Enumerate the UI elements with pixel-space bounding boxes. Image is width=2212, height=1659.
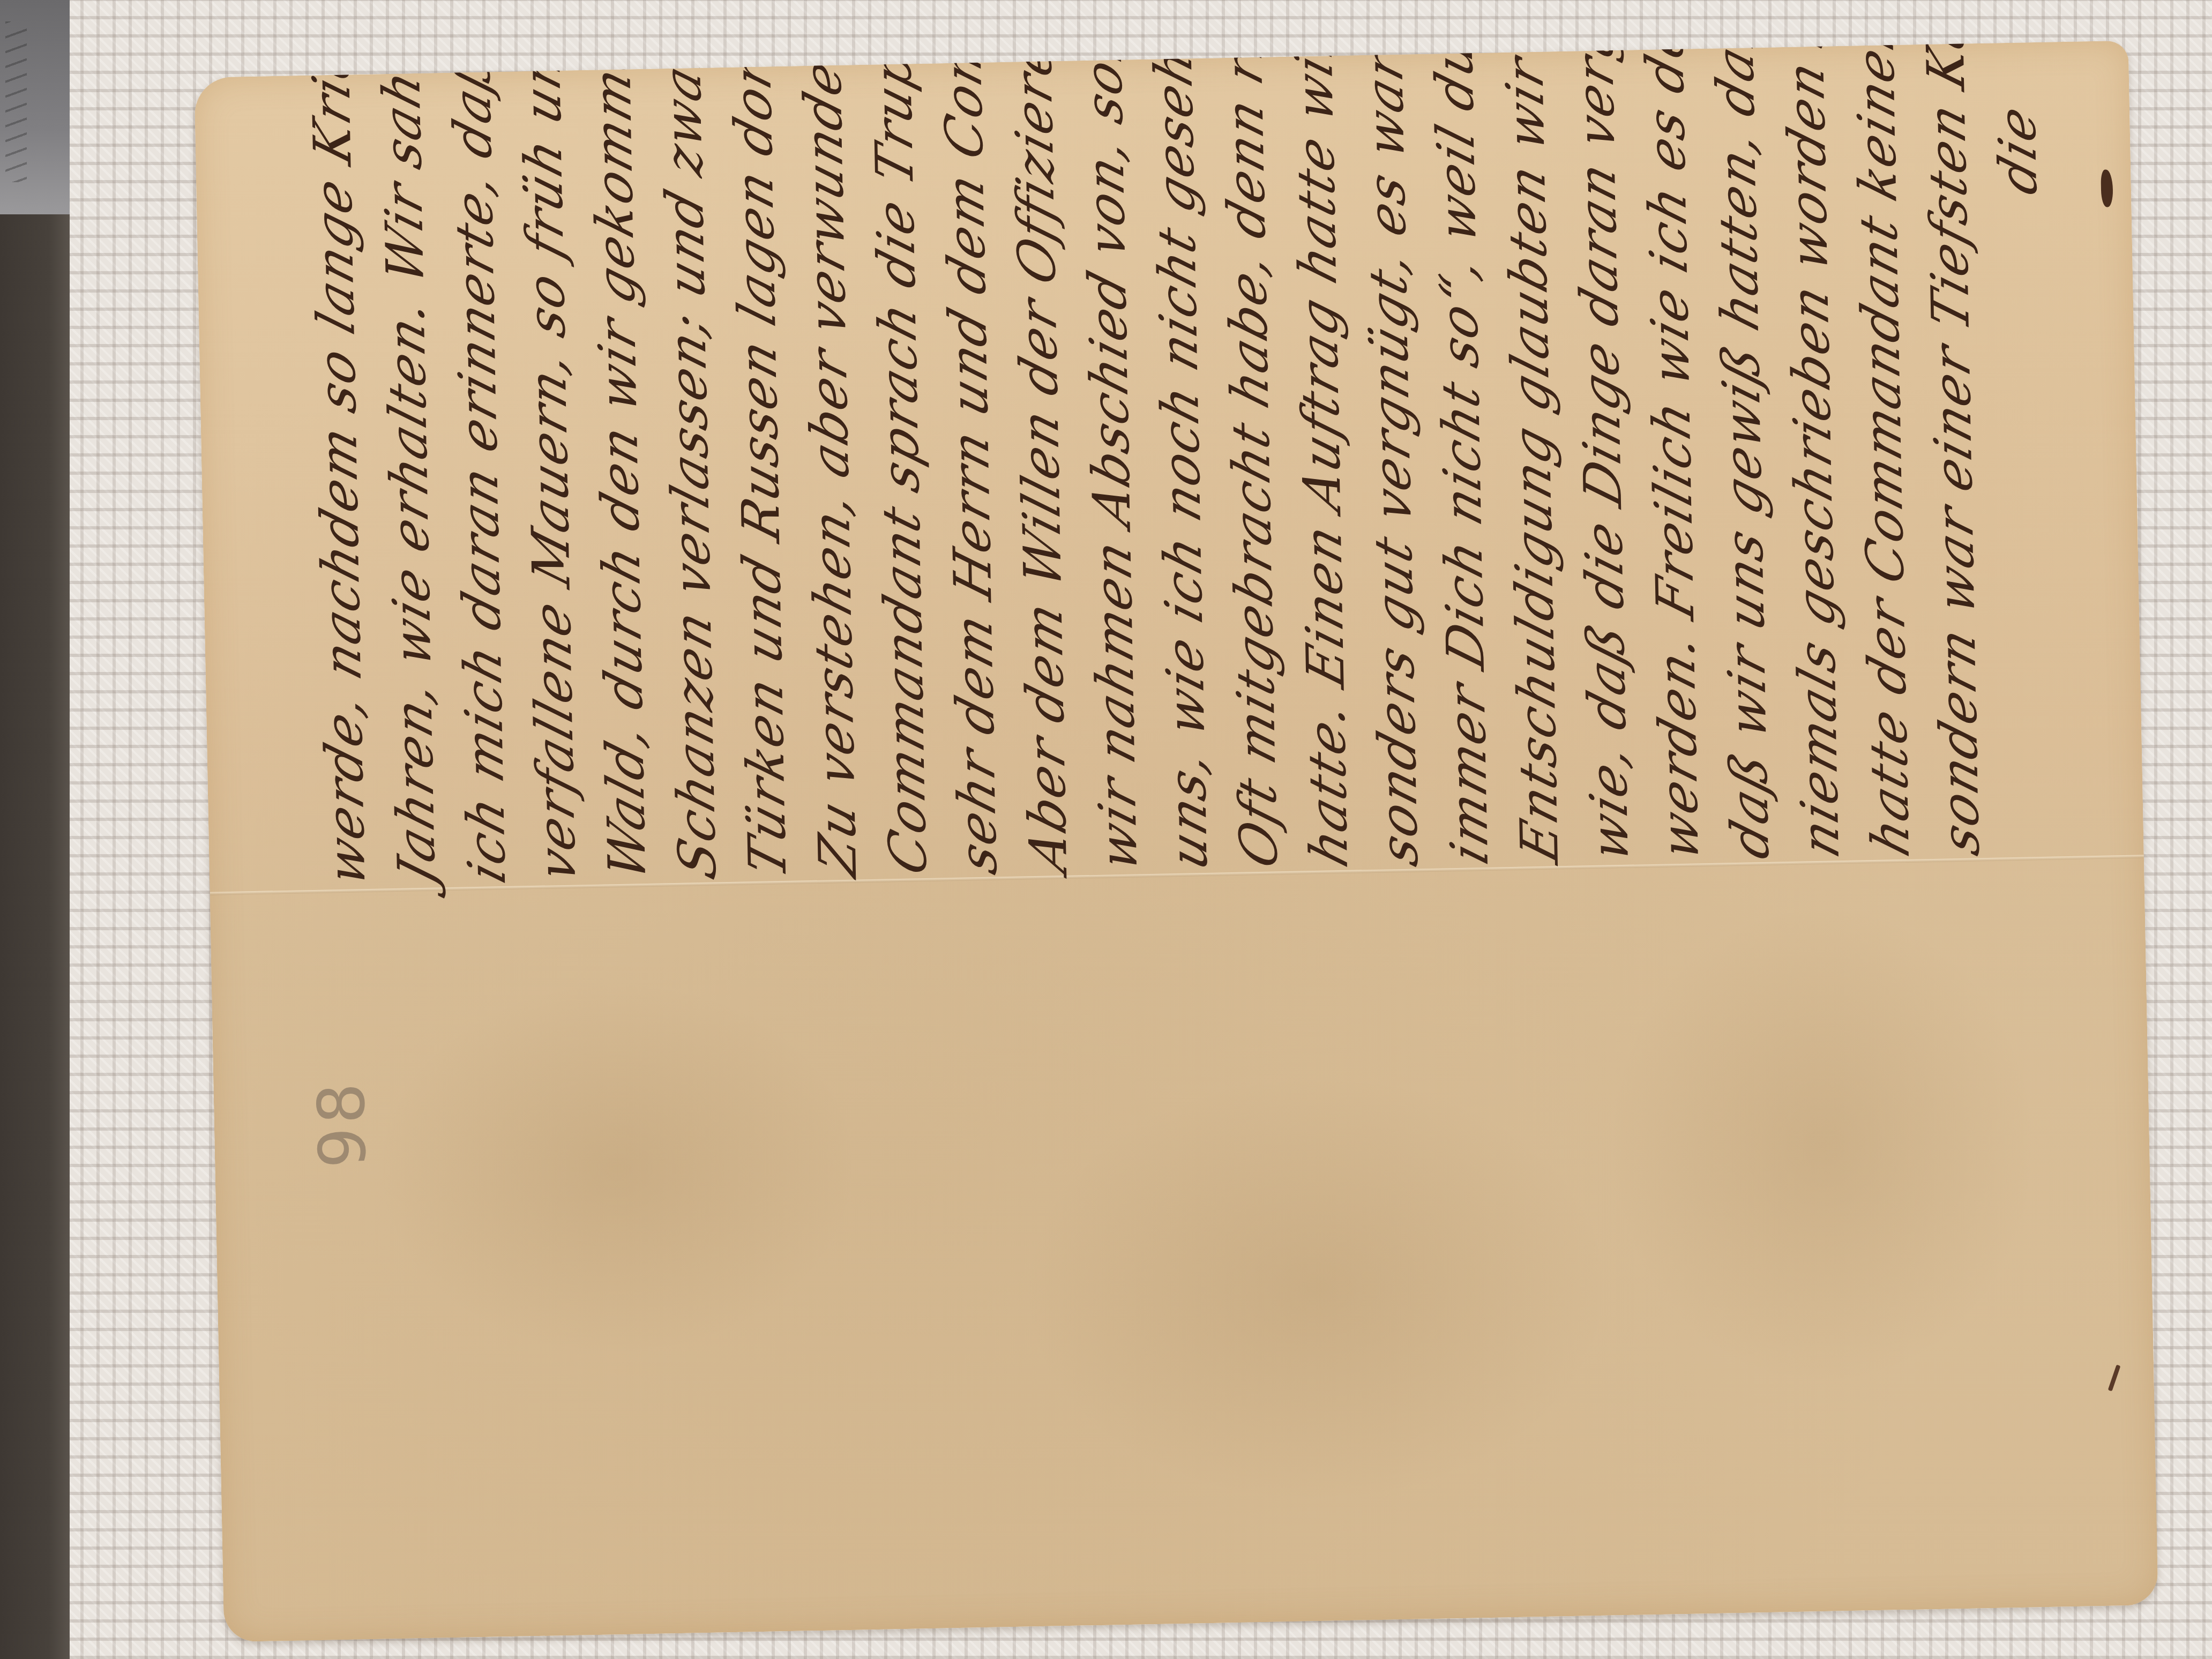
blurred-print-marks bbox=[5, 21, 27, 182]
handwritten-line: werde, nachdem so lange Kriege von bbox=[297, 41, 377, 892]
handwritten-line: hatte der Commandant keinen Zorn, bbox=[1841, 41, 1921, 863]
handwritten-line: uns, wie ich noch nicht gesehen hatte bbox=[1139, 41, 1219, 876]
handwritten-line: Wald, durch den wir gekommen, wir bbox=[578, 41, 658, 887]
handwritten-line: Türken und Russen lagen dort alle. bbox=[719, 41, 798, 884]
handwritten-line: daß wir uns gewiß hatten, dann der bbox=[1701, 41, 1781, 865]
handwritten-line: sondern war einer Tiefsten Kälte, bbox=[1913, 41, 1991, 862]
handwritten-line: ich mich daran erinnerte, daß ich die bbox=[437, 41, 518, 890]
handwritten-line: werden. Freilich wie ich es denn versteh… bbox=[1627, 41, 1710, 867]
handwritten-line: immer Dich nicht so“, weil du eigentlich bbox=[1418, 41, 1500, 871]
handwritten-line: hatte. Einen Auftrag hatte wir be- bbox=[1281, 41, 1359, 873]
handwritten-line: die bbox=[1987, 98, 2049, 201]
handwritten-line: Commandant sprach die Truppe zu; bbox=[859, 41, 938, 881]
handwritten-line: Jahren, wie erhalten. Wir sahen bbox=[370, 41, 447, 891]
handwritten-text-block: werde, nachdem so lange Kriege vonJahren… bbox=[194, 41, 2158, 1642]
handwritten-line: sehr dem Herrn und dem Commandanten. bbox=[926, 41, 1008, 880]
handwritten-line: wir nahmen Abschied von, sonst wir bbox=[1070, 41, 1149, 878]
manuscript-page: 98 werde, nachdem so lange Kriege vonJah… bbox=[194, 41, 2158, 1642]
grey-object-corner bbox=[0, 0, 70, 214]
handwritten-line: Zu verstehen, aber verwundet bbox=[792, 41, 869, 883]
handwritten-line: Oft mitgebracht habe, denn richtig bbox=[1210, 41, 1289, 875]
handwritten-line: Aber dem Willen der Offiziere folgend bbox=[998, 41, 1079, 879]
handwritten-line: Entschuldigung glaubten wir zu denken, bbox=[1488, 41, 1570, 870]
dark-surface-strip bbox=[0, 0, 70, 1659]
handwritten-line: verfallene Mauern, so früh um den bbox=[509, 41, 587, 888]
handwritten-line: Schanzen verlassen; und zwar, bbox=[651, 41, 728, 886]
handwritten-line: niemals geschrieben worden sollte, so bbox=[1770, 41, 1851, 864]
handwritten-line: wie, daß die Dinge daran vergessen bbox=[1561, 41, 1640, 868]
handwritten-line: sonders gut vergnügt, es war „Warum bbox=[1349, 41, 1430, 872]
